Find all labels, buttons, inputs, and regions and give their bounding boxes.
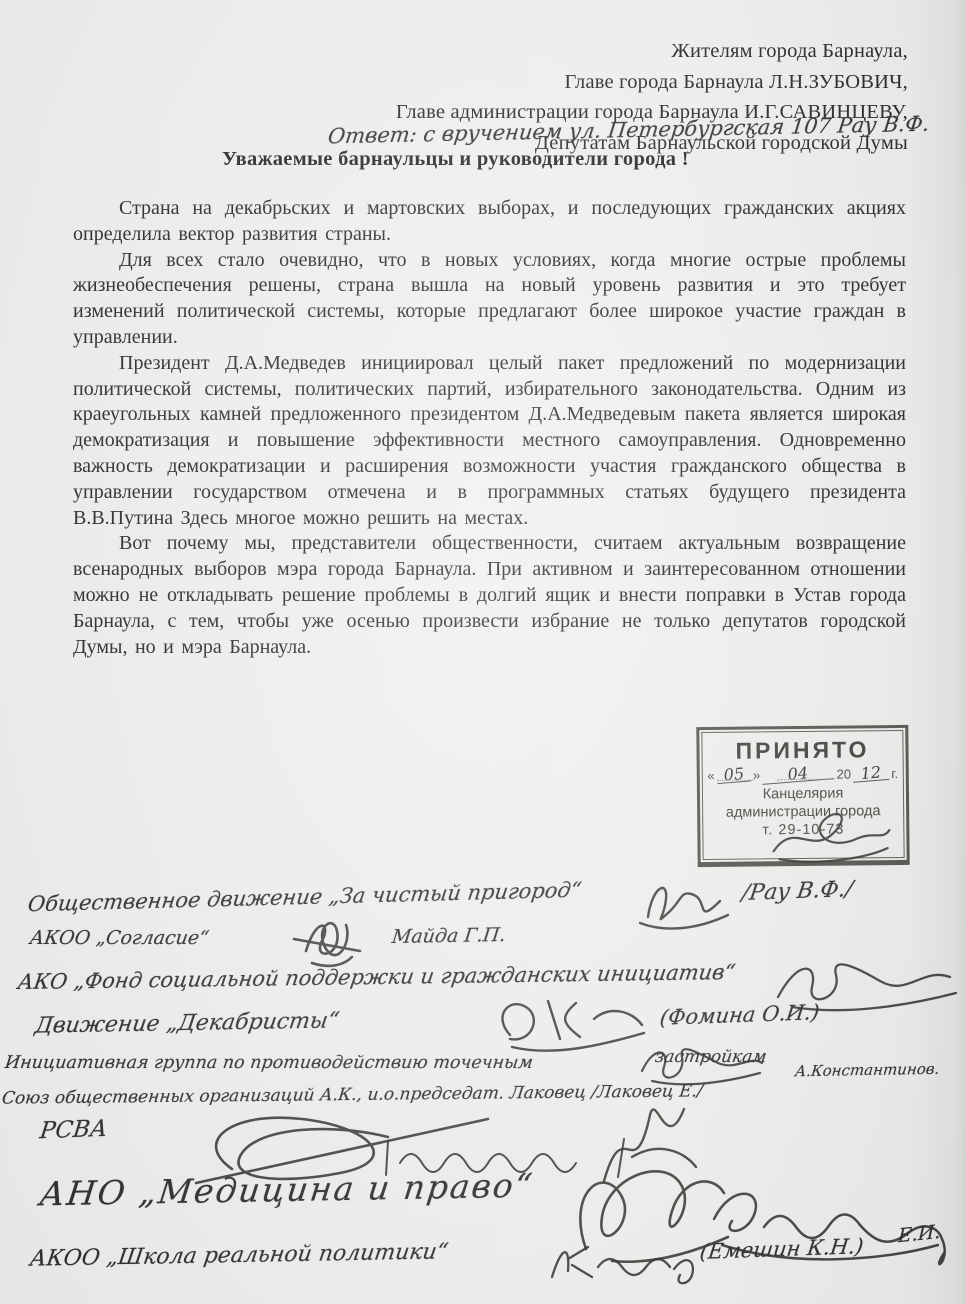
paragraph: Президент Д.А.Медведев инициировал целый… [73,351,906,532]
signature-org: Инициативная группа по противодействию т… [4,1053,534,1073]
recipient-line: Главе города Барнаула Л.Н.ЗУБОВИЧ, [396,67,908,98]
letter-body: Страна на декабрьских и мартовских выбор… [73,196,906,660]
stamp-outer-frame: ПРИНЯТО «05» 04 2012г. Канцелярия админи… [696,725,909,867]
stamp-inner-frame: ПРИНЯТО «05» 04 2012г. Канцелярия админи… [701,730,904,860]
recipient-line: Жителям города Барнаула, [396,36,908,67]
signature-org: АНО „Медицина и право“ [38,1166,537,1214]
salutation: Уважаемые барнаульцы и руководители горо… [222,148,689,171]
stamp-year-suffix: г. [891,766,898,781]
signature-org: АКО „Фонд социальной поддержки и граждан… [16,960,737,994]
stamp-year-prefix: 20 [836,766,851,781]
signature-name: А.Константинов. [794,1060,940,1081]
stamp-day-handwritten: 05 [716,766,751,784]
signature-name: /Рау В.Ф./ [740,877,854,906]
signature-initials: Е.И. [898,1221,941,1248]
scanned-letter-page: Жителям города Барнаула, Главе города Ба… [0,0,966,1304]
signature-scrawl [634,1037,766,1087]
paragraph: Страна на декабрьских и мартовских выбор… [73,196,906,248]
signature-name: (Фомина О.И.) [659,1000,821,1030]
signature-section: Общественное движение „За чистый пригоро… [0,865,966,1304]
signature-org: АКОО „Школа реальной политики“ [28,1239,450,1271]
stamp-signature-scrawl [765,800,896,872]
signature-scrawl [282,911,374,967]
signature-org: Движение „Декабристы“ [33,1008,341,1038]
paragraph: Вот почему мы, представители общественно… [73,531,906,660]
stamp-year-handwritten: 12 [852,765,889,783]
signature-scrawl [540,1231,700,1289]
received-stamp: ПРИНЯТО «05» 04 2012г. Канцелярия админи… [696,725,909,867]
stamp-month-handwritten: 04 [762,764,835,785]
stamp-title: ПРИНЯТО [702,736,902,765]
stamp-quote-open: « [707,768,714,783]
signature-scrawl [482,993,650,1053]
signature-name: Майда Г.П. [391,924,507,948]
signature-scrawl [636,873,732,931]
signature-org: РСВА [38,1116,109,1144]
paragraph: Для всех стало очевидно, что в новых усл… [73,248,906,351]
signature-org: АКОО „Согласие“ [28,927,210,949]
